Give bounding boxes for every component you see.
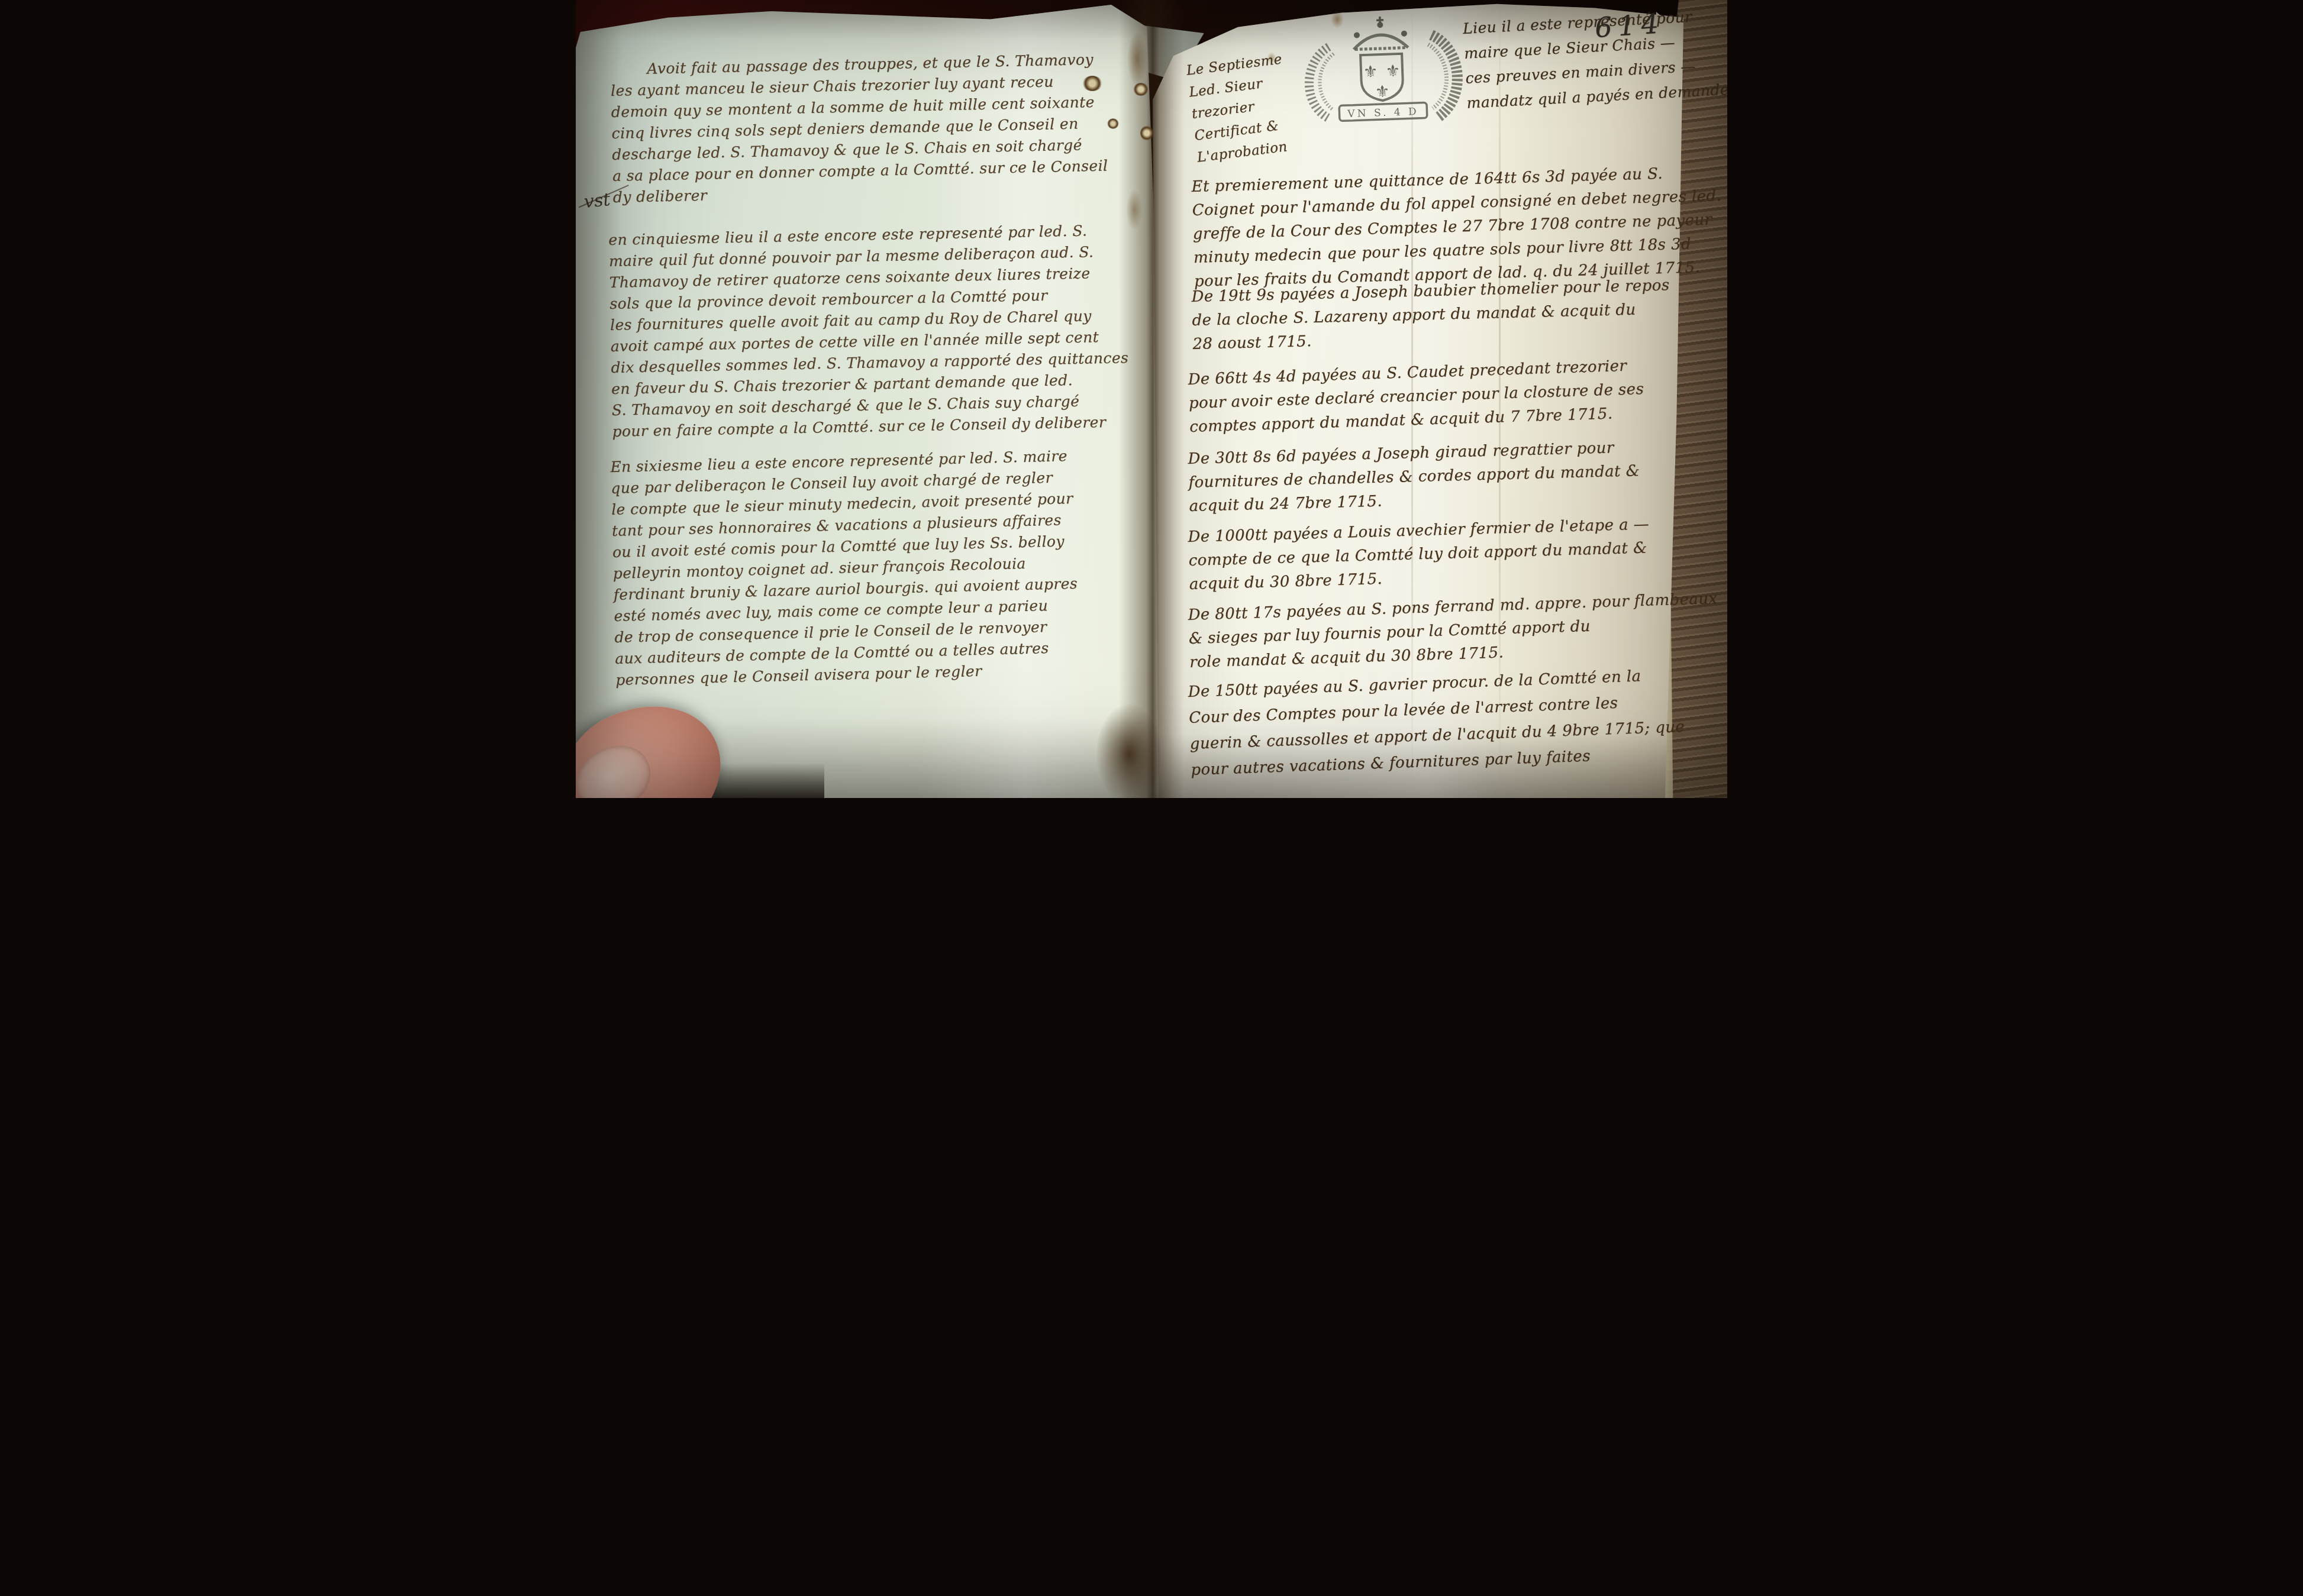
worm-hole	[1107, 118, 1119, 129]
fleur-de-lis-icon: ⚜	[1375, 82, 1390, 102]
marginal-mark-text: vst	[583, 189, 611, 212]
marginal-mark: vst	[583, 189, 611, 212]
payment-entry: De 1000tt payées a Louis avechier fermie…	[1188, 512, 1651, 596]
manuscript-photo: Avoit fait au passage des trouppes, et q…	[576, 0, 1727, 798]
worm-hole	[1140, 125, 1153, 141]
payment-entry: De 150tt payées au S. gavrier procur. de…	[1188, 662, 1686, 783]
gutter-stain	[1096, 704, 1162, 798]
worm-hole	[1133, 83, 1149, 96]
stamp-band-text: VN S. 4 D	[1347, 106, 1419, 120]
left-paragraph-1: Avoit fait au passage des trouppes, et q…	[610, 49, 1108, 208]
payment-entry: Et premierement une quittance de 164tt 6…	[1191, 160, 1724, 293]
thumbnail	[576, 734, 662, 798]
fleur-de-lis-icon: ⚜	[1363, 62, 1378, 82]
left-paragraph-2: en cinquiesme lieu il a este encore este…	[608, 219, 1130, 442]
payment-entry: De 19tt 9s payées a Joseph baubier thome…	[1191, 273, 1671, 356]
left-paragraph-3: En sixiesme lieu a este encore represent…	[610, 445, 1080, 691]
fiscal-stamp: ⚜ ⚜ ⚜ VN S. 4 D	[1293, 11, 1470, 129]
stamp-right-palm	[1431, 34, 1459, 118]
payment-entry: De 66tt 4s 4d payées au S. Caudet preced…	[1188, 354, 1645, 439]
fleur-de-lis-icon: ⚜	[1385, 61, 1401, 81]
right-top-block: Lieu il a este representé pourmaire que …	[1462, 3, 1727, 116]
ink-stain	[1127, 31, 1147, 88]
ink-stain	[1126, 189, 1143, 231]
payment-entry: De 30tt 8s 6d payées a Joseph giraud reg…	[1188, 435, 1641, 518]
margin-note: Le SeptiesmeLed. SieurtrezorierCertifica…	[1185, 49, 1294, 169]
